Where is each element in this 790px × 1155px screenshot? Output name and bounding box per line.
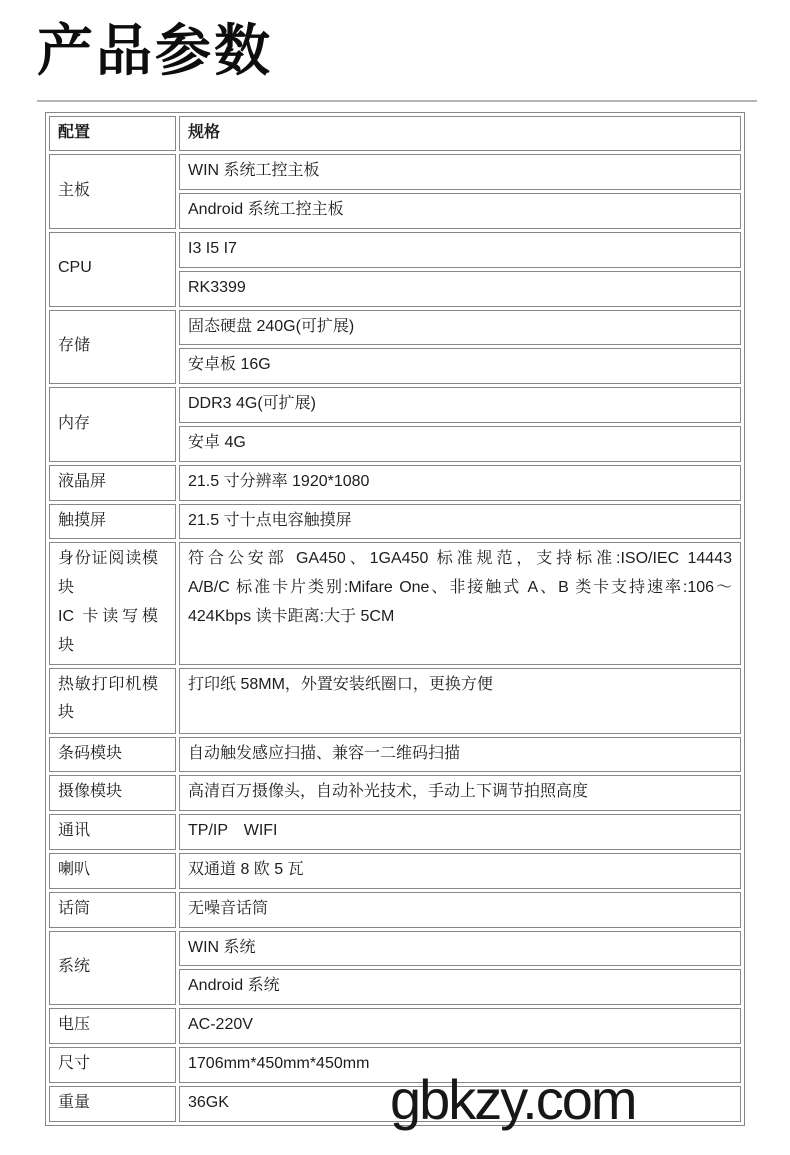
spec-value-cell: 21.5 寸十点电容触摸屏 [179, 504, 741, 540]
config-label-lcd: 液晶屏 [49, 465, 176, 501]
config-label-camera-module: 摄像模块 [49, 775, 176, 811]
config-label-communication: 通讯 [49, 814, 176, 850]
table-row: 液晶屏 21.5 寸分辨率 1920*1080 [49, 465, 741, 501]
spec-value-cell: WIN 系统工控主板 [179, 154, 741, 190]
spec-value-line: A/B/C 标准卡片类别:Mifare One、非接触式 A、B 类卡支持速率:… [188, 574, 732, 603]
spec-value-cell: Android 系统工控主板 [179, 193, 741, 229]
header-spec: 规格 [179, 116, 741, 152]
config-label-system: 系统 [49, 931, 176, 1006]
spec-value-cell: 安卓 4G [179, 426, 741, 462]
spec-value-cell: 21.5 寸分辨率 1920*1080 [179, 465, 741, 501]
table-row: 系统 WIN 系统 [49, 931, 741, 967]
table-row: 内存 DDR3 4G(可扩展) [49, 387, 741, 423]
config-label-barcode-module: 条码模块 [49, 737, 176, 773]
table-row: 电压 AC-220V [49, 1008, 741, 1044]
spec-value-cell: DDR3 4G(可扩展) [179, 387, 741, 423]
spec-value-cell: 无噪音话筒 [179, 892, 741, 928]
spec-value-cell: RK3399 [179, 271, 741, 307]
page-title: 产品参数 [37, 22, 757, 102]
table-row: 热敏打印机模块 打印纸 58MM，外置安装纸圈口，更换方便 [49, 668, 741, 734]
spec-value-cell: TP/IP WIFI [179, 814, 741, 850]
spec-value-cell: I3 I5 I7 [179, 232, 741, 268]
config-label-memory: 内存 [49, 387, 176, 462]
table-header-row: 配置 规格 [49, 116, 741, 152]
table-row: CPU I3 I5 I7 [49, 232, 741, 268]
spec-value-cell: 打印纸 58MM，外置安装纸圈口，更换方便 [179, 668, 741, 734]
spec-value-cell: 双通道 8 欧 5 瓦 [179, 853, 741, 889]
spec-value-cell: 安卓板 16G [179, 348, 741, 384]
header-config: 配置 [49, 116, 176, 152]
spec-value-cell: 高清百万摄像头，自动补光技术，手动上下调节拍照高度 [179, 775, 741, 811]
config-label-voltage: 电压 [49, 1008, 176, 1044]
table-row: 条码模块 自动触发感应扫描、兼容一二维码扫描 [49, 737, 741, 773]
table-row: 触摸屏 21.5 寸十点电容触摸屏 [49, 504, 741, 540]
spec-value-cell: AC-220V [179, 1008, 741, 1044]
config-label-line: IC 卡读写模块 [58, 603, 158, 661]
config-label-storage: 存储 [49, 310, 176, 385]
config-label-weight: 重量 [49, 1086, 176, 1122]
config-label-cpu: CPU [49, 232, 176, 307]
config-label-mainboard: 主板 [49, 154, 176, 229]
spec-value-cell: Android 系统 [179, 969, 741, 1005]
config-label-line: 身份证阅读模块 [58, 545, 158, 603]
table-row: 摄像模块 高清百万摄像头，自动补光技术，手动上下调节拍照高度 [49, 775, 741, 811]
table-row: 主板 WIN 系统工控主板 [49, 154, 741, 190]
config-label-dimensions: 尺寸 [49, 1047, 176, 1083]
config-label-microphone: 话筒 [49, 892, 176, 928]
table-row: 喇叭 双通道 8 欧 5 瓦 [49, 853, 741, 889]
spec-table: 配置 规格 主板 WIN 系统工控主板 Android 系统工控主板 CPU I… [45, 112, 745, 1126]
spec-value-cell: 符合公安部 GA450、1GA450 标准规范，支持标准:ISO/IEC 144… [179, 542, 741, 664]
config-label-touchscreen: 触摸屏 [49, 504, 176, 540]
config-label-idcard-module: 身份证阅读模块 IC 卡读写模块 [49, 542, 176, 664]
table-row: 通讯 TP/IP WIFI [49, 814, 741, 850]
config-label-printer-module: 热敏打印机模块 [49, 668, 176, 734]
spec-value-line: 424Kbps 读卡距离:大于 5CM [188, 603, 732, 632]
table-row: 话筒 无噪音话筒 [49, 892, 741, 928]
spec-value-cell: 自动触发感应扫描、兼容一二维码扫描 [179, 737, 741, 773]
table-row: 存储 固态硬盘 240G(可扩展) [49, 310, 741, 346]
config-label-speaker: 喇叭 [49, 853, 176, 889]
spec-value-line: 符合公安部 GA450、1GA450 标准规范，支持标准:ISO/IEC 144… [188, 545, 732, 574]
table-row: 身份证阅读模块 IC 卡读写模块 符合公安部 GA450、1GA450 标准规范… [49, 542, 741, 664]
watermark: gbkzy.com [390, 1072, 635, 1128]
spec-value-cell: 固态硬盘 240G(可扩展) [179, 310, 741, 346]
spec-value-cell: WIN 系统 [179, 931, 741, 967]
